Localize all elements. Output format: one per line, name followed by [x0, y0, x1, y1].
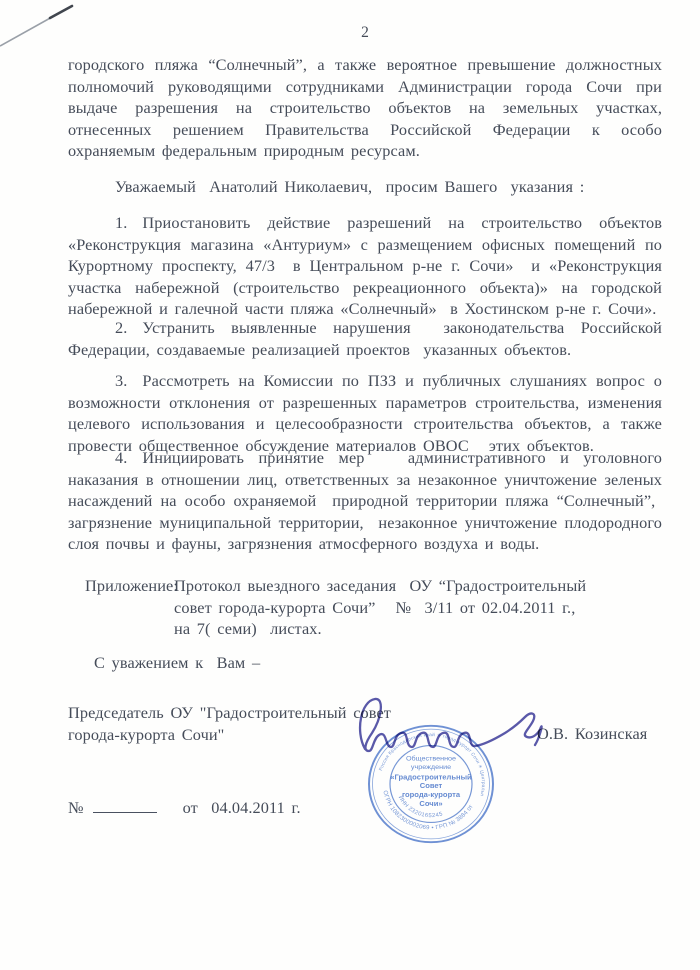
item-number: 4.: [115, 448, 127, 467]
svg-text:Сочи»: Сочи»: [419, 799, 442, 808]
list-item-1: 1.Приостановить действие разрешений на с…: [68, 212, 662, 320]
svg-text:города-курорта: города-курорта: [402, 790, 461, 799]
scanned-letter-page: 2 городского пляжа “Солнечный”, а также …: [0, 0, 700, 970]
item-number: 2.: [115, 318, 127, 337]
item-number: 3.: [115, 371, 127, 390]
number-blank-line: [93, 798, 157, 813]
attachment-label: Приложение:: [85, 575, 174, 640]
attachment-block: Приложение: Протокол выездного заседания…: [85, 575, 662, 640]
attachment-line: совет города-курорта Сочи” № 3/11 от 02.…: [174, 597, 586, 619]
list-item-3: 3.Рассмотреть на Комиссии по ПЗЗ и публи…: [68, 370, 662, 456]
svg-text:Совет: Совет: [420, 781, 443, 790]
number-label: №: [68, 798, 84, 817]
salutation: Уважаемый Анатолий Николаевич, просим Ва…: [68, 176, 662, 198]
item-text: Инициировать принятие мер административн…: [68, 448, 662, 553]
item-text: Приостановить действие разрешений на стр…: [68, 213, 662, 318]
reference-number-line: №от 04.04.2011 г.: [68, 797, 662, 819]
attachment-line: Протокол выездного заседания ОУ “Градост…: [174, 575, 586, 597]
item-text: Устранить выявленные нарушения законодат…: [68, 318, 662, 359]
list-item-4: 4.Инициировать принятие мер администрати…: [68, 447, 662, 555]
page-number: 2: [68, 22, 662, 44]
handwritten-signature: [349, 689, 547, 774]
closing-salute: С уважением к Вам –: [94, 652, 662, 674]
list-item-2: 2.Устранить выявленные нарушения законод…: [68, 317, 662, 360]
intro-paragraph: городского пляжа “Солнечный”, а также ве…: [68, 54, 662, 162]
item-number: 1.: [115, 213, 127, 232]
letter-body: 2 городского пляжа “Солнечный”, а также …: [68, 0, 662, 970]
item-text: Рассмотреть на Комиссии по ПЗЗ и публичн…: [68, 371, 662, 455]
signer-name: О.В. Козинская: [537, 723, 647, 745]
attachment-line: на 7( семи) листах.: [174, 618, 586, 640]
attachment-text: Протокол выездного заседания ОУ “Градост…: [174, 575, 586, 640]
letter-date: от 04.04.2011 г.: [183, 798, 301, 817]
